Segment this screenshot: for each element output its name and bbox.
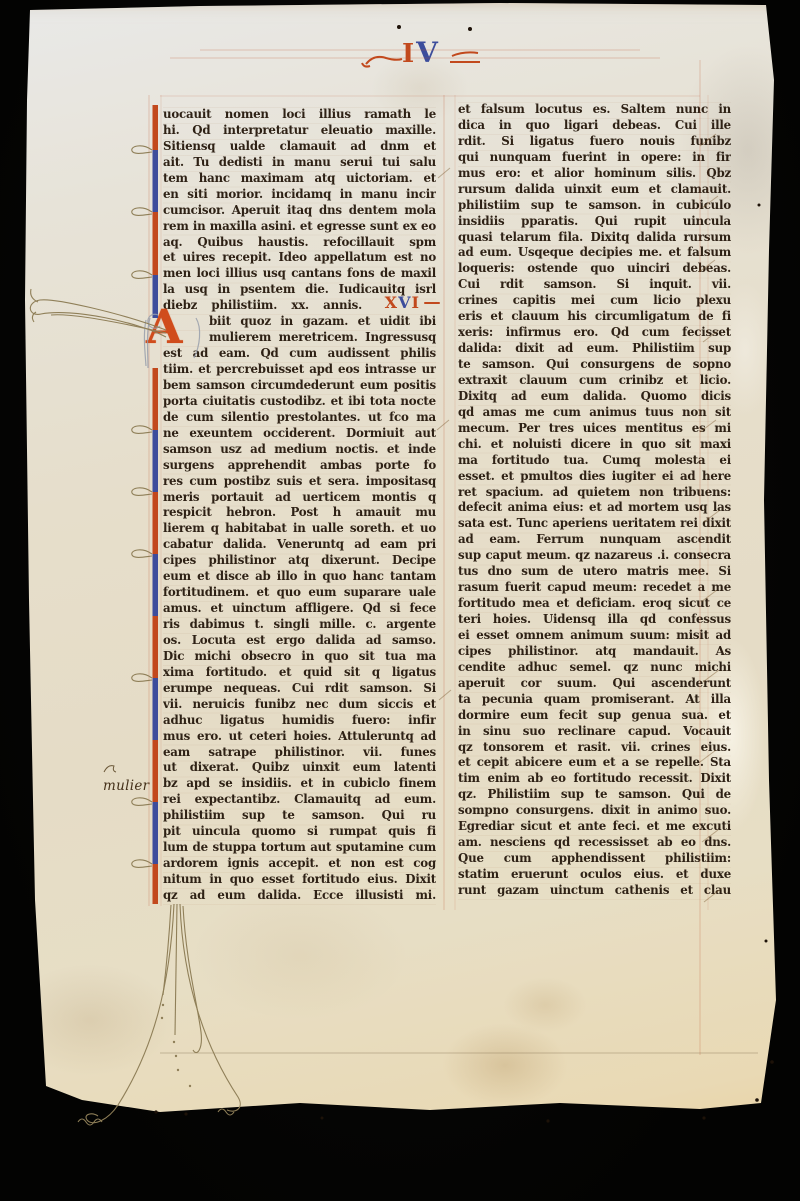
rubric-letter: V xyxy=(398,293,411,312)
text-line: men loci illius usq cantans fons de maxi… xyxy=(163,266,436,282)
text-line: sup caput meum. qz nazareus .i. consecra xyxy=(458,548,731,564)
manuscript-photo: IV mulier A XVI uocauit nomen loci illiu… xyxy=(0,0,800,1201)
text-line: erumpe nequeas. Cui rdit samson. Si xyxy=(163,681,436,697)
text-line: mulierem meretricem. Ingressusq xyxy=(163,330,436,346)
text-line: Que cum apphendissent philistiim: xyxy=(458,851,731,867)
text-line: philistiim sup te samson. Qui ru xyxy=(163,808,436,824)
running-title: IV xyxy=(402,36,438,69)
text-line: esset. et pmultos dies iugiter ei ad her… xyxy=(458,469,731,485)
text-line: defecit anima eius: et ad mortem usq las xyxy=(458,500,731,516)
text-line: sata est. Tunc aperiens ueritatem rei di… xyxy=(458,516,731,532)
text-line: eam satrape philistinor. vii. funes xyxy=(163,745,436,761)
text-line: cendite adhuc semel. qz nunc michi xyxy=(458,660,731,676)
text-line: respicit hebron. Post h amauit mu xyxy=(163,505,436,521)
text-line: aperuit cor suum. Qui ascenderunt assump xyxy=(458,676,731,692)
text-column-right: et falsum locutus es. Saltem nunc indica… xyxy=(458,102,731,914)
text-line: te samson. Qui consurgens de sopno xyxy=(458,357,731,373)
text-line: chi. et noluisti dicere in quo sit maxi xyxy=(458,437,731,453)
text-line: ait. Tu dedisti in manu serui tui salu xyxy=(163,155,436,171)
marginal-note: mulier xyxy=(103,778,149,794)
rubric-letter: X xyxy=(385,293,398,312)
text-line: et uires recepit. Ideo appellatum est no xyxy=(163,250,436,266)
text-line: crines capitis mei cum licio plexu xyxy=(458,293,731,309)
text-line: cabatur dalida. Veneruntq ad eam pri xyxy=(163,537,436,553)
text-line: et falsum locutus es. Saltem nunc in xyxy=(458,102,731,118)
text-line: runt gazam uinctum cathenis et clau xyxy=(458,883,731,899)
text-line: rdit. Si ligatus fuero nouis funibz xyxy=(458,134,731,150)
text-line: biit quoz in gazam. et uidit ibi xyxy=(163,314,436,330)
text-line: amus. et uinctum affligere. Qd si fece xyxy=(163,601,436,617)
text-line: Sitiensq ualde clamauit ad dnm et xyxy=(163,139,436,155)
text-line: ardorem ignis accepit. et non est cog xyxy=(163,856,436,872)
text-column-left: A XVI uocauit nomen loci illius ramath l… xyxy=(163,107,436,907)
text-line: rursum dalida uinxit eum et clamauit. xyxy=(458,182,731,198)
text-line: eris et clauum his circumligatum de fi xyxy=(458,309,731,325)
text-line: fortitudo mea et deficiam. eroq sicut ce xyxy=(458,596,731,612)
text-line: dalida: dixit ad eum. Philistiim sup xyxy=(458,341,731,357)
text-line: qui nunquam fuerint in opere: in fir xyxy=(458,150,731,166)
text-line: aq. Quibus haustis. refocillauit spm xyxy=(163,235,436,251)
text-line: surgens apprehendit ambas porte fo xyxy=(163,458,436,474)
text-line: ad eum. Usqeque decipies me. et falsum xyxy=(458,245,731,261)
text-line: rem in maxilla asini. et egresse sunt ex… xyxy=(163,219,436,235)
text-line: en siti morior. incidamq in manu incir xyxy=(163,187,436,203)
text-line: mecum. Per tres uices mentitus es mi xyxy=(458,421,731,437)
text-line: qz. Philistiim sup te samson. Qui de xyxy=(458,787,731,803)
text-line: in sinu suo reclinare capud. Vocauit xyxy=(458,724,731,740)
text-line: porta ciuitatis custodibz. et ibi tota n… xyxy=(163,394,436,410)
text-line: mus ero. ut ceteri hoies. Attuleruntq ad xyxy=(163,729,436,745)
rubric-flourish xyxy=(424,302,440,304)
text-line: dormire eum fecit sup genua sua. et xyxy=(458,708,731,724)
text-line: ma fortitudo tua. Cumq molesta ei xyxy=(458,453,731,469)
parchment-leaf: IV mulier A XVI uocauit nomen loci illiu… xyxy=(0,0,800,1201)
text-line: bem samson circumdederunt eum positis in xyxy=(163,378,436,394)
text-line: ret spacium. ad quietem non tribuens: xyxy=(458,485,731,501)
text-line: sompno consurgens. dixit in animo suo. xyxy=(458,803,731,819)
text-line: ei esset omnem animum suum: misit ad pri… xyxy=(458,628,731,644)
text-line: res cum postibz suis et sera. impositasq… xyxy=(163,474,436,490)
text-line: ne exeuntem occiderent. Dormiuit aut xyxy=(163,426,436,442)
text-line: xima fortitudo. et quid sit q ligatus xyxy=(163,665,436,681)
text-line: lum de stuppa tortum aut sputamine cum xyxy=(163,840,436,856)
text-line: Dixitq ad eum dalida. Quomo dicis xyxy=(458,389,731,405)
text-line: statim eruerunt oculos eius. et duxe xyxy=(458,867,731,883)
rubric-letter: I xyxy=(402,39,414,69)
text-line: Egrediar sicut et ante feci. et me excut… xyxy=(458,819,731,835)
text-line: ta pecunia quam promiserant. At illa xyxy=(458,692,731,708)
text-line: os. Locuta est ergo dalida ad samso. xyxy=(163,633,436,649)
text-line: philistiim sup te samson. in cubiculo xyxy=(458,198,731,214)
text-line: ris dabimus t. singli mille. c. argente xyxy=(163,617,436,633)
text-line: cipes philistinor atq dixerunt. Decipe xyxy=(163,553,436,569)
text-line: ad eam. Ferrum nunquam ascendit xyxy=(458,532,731,548)
text-line: qd amas me cum animus tuus non sit xyxy=(458,405,731,421)
text-line: cipes philistinor. atq mandauit. As xyxy=(458,644,731,660)
text-line: Cui rdit samson. Si inquit. vii. xyxy=(458,277,731,293)
text-line: ut dixerat. Quibz uinxit eum latenti xyxy=(163,760,436,776)
text-line: mus ero: et alior hominum silis. Qbz xyxy=(458,166,731,182)
text-line: xeris: infirmus ero. Qd cum fecisset xyxy=(458,325,731,341)
text-line: extraxit clauum cum crinibz et licio. xyxy=(458,373,731,389)
text-line: de cum silentio prestolantes. ut fco ma xyxy=(163,410,436,426)
text-line: Dic michi obsecro in quo sit tua ma xyxy=(163,649,436,665)
text-line: tem hanc maximam atq uictoriam. et xyxy=(163,171,436,187)
decorated-initial: A xyxy=(146,305,182,351)
text-line: fortitudinem. et quo eum suparare uale xyxy=(163,585,436,601)
text-line: meris portauit ad uerticem montis q xyxy=(163,490,436,506)
text-line: am. nesciens qd recessisset ab eo dns. xyxy=(458,835,731,851)
text-line: bz apd se insidiis. et in cubiclo finem xyxy=(163,776,436,792)
text-line: teri hoies. Uidensq illa qd confessus xyxy=(458,612,731,628)
text-line: cumcisor. Aperuit itaq dns dentem mola xyxy=(163,203,436,219)
text-line: pit uincula quomo si rumpat quis fi xyxy=(163,824,436,840)
text-line: insidiis pparatis. Qui rupit uincula xyxy=(458,214,731,230)
text-line: tim enim ab eo fortitudo recessit. Dixit xyxy=(458,771,731,787)
text-line: qz ad eum dalida. Ecce illusisti mi. xyxy=(163,888,436,904)
text-line: uocauit nomen loci illius ramath le xyxy=(163,107,436,123)
rubric-letter: I xyxy=(412,293,420,312)
text-line: lierem q habitabat in ualle soreth. et u… xyxy=(163,521,436,537)
text-line: hi. Qd interpretatur eleuatio maxille. xyxy=(163,123,436,139)
text-line: rasum fuerit capud meum: recedet a me xyxy=(458,580,731,596)
text-line: vii. neruicis funibz nec dum siccis et xyxy=(163,697,436,713)
text-line: qz tonsorem et rasit. vii. crines eius. xyxy=(458,740,731,756)
chapter-number: XVI xyxy=(385,295,440,311)
text-line: nitum in quo esset fortitudo eius. Dixit xyxy=(163,872,436,888)
rubric-letter: V xyxy=(416,36,438,69)
text-line: quasi telarum fila. Dixitq dalida rursum xyxy=(458,230,731,246)
text-line: est ad eam. Qd cum audissent philis xyxy=(163,346,436,362)
text-line: eum et disce ab illo in quo hanc tantam xyxy=(163,569,436,585)
text-line: adhuc ligatus humidis fuero: infir xyxy=(163,713,436,729)
text-line: rei expectantibz. Clamauitq ad eum. xyxy=(163,792,436,808)
text-line: et cepit abicere eum et a se repelle. St… xyxy=(458,755,731,771)
text-line: tus dno sum de utero matris mee. Si xyxy=(458,564,731,580)
text-line: samson usz ad medium noctis. et inde xyxy=(163,442,436,458)
text-line: loqueris: ostende quo uinciri debeas. xyxy=(458,261,731,277)
text-line: dica in quo ligari debeas. Cui ille xyxy=(458,118,731,134)
text-line: tiim. et percrebuisset apd eos intrasse … xyxy=(163,362,436,378)
